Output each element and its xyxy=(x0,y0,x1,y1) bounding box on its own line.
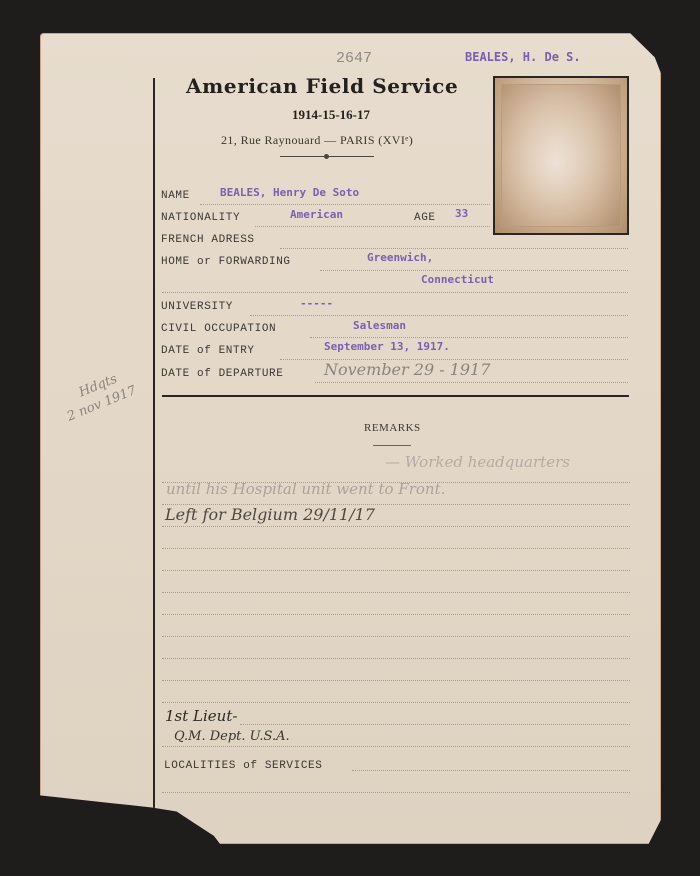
civil-occupation-label: CIVIL OCCUPATION xyxy=(161,323,276,335)
margin-pencil-note: Hdqts 2 nov 1917 xyxy=(58,366,139,427)
remarks-underline xyxy=(373,445,411,446)
serial-number: 2647 xyxy=(336,50,372,67)
ruled-line xyxy=(162,592,630,593)
remarks-heading: REMARKS xyxy=(364,422,421,434)
home-value-city: Greenwich, xyxy=(367,251,433,264)
ruled-line xyxy=(162,526,630,527)
ruled-line xyxy=(162,702,630,703)
university-value: ----- xyxy=(300,297,333,310)
form-address: 21, Rue Raynouard — PARIS (XVIᵉ) xyxy=(221,133,413,148)
photograph-frame xyxy=(493,76,629,235)
date-of-entry-value: September 13, 1917. xyxy=(324,340,450,353)
civil-occupation-value: Salesman xyxy=(353,319,406,332)
name-stamp: BEALES, H. De S. xyxy=(465,50,581,64)
form-line xyxy=(255,226,490,227)
ruled-line xyxy=(162,792,630,793)
rank-handwritten: 1st Lieut- xyxy=(165,707,237,725)
date-of-departure-label: DATE of DEPARTURE xyxy=(161,368,283,380)
form-title: American Field Service xyxy=(186,74,458,98)
name-label: NAME xyxy=(161,190,190,202)
form-line xyxy=(310,337,628,338)
french-address-label: FRENCH ADRESS xyxy=(161,234,255,246)
date-of-entry-label: DATE of ENTRY xyxy=(161,345,255,357)
nationality-value: American xyxy=(290,208,343,221)
home-label: HOME or FORWARDING xyxy=(161,256,291,268)
age-value: 33 xyxy=(455,207,468,220)
form-line xyxy=(162,292,628,293)
form-line xyxy=(200,204,490,205)
ruled-line xyxy=(162,746,630,747)
home-value-state: Connecticut xyxy=(421,273,494,286)
record-card: 2647 BEALES, H. De S. American Field Ser… xyxy=(40,33,661,844)
form-line xyxy=(280,248,628,249)
university-label: UNIVERSITY xyxy=(161,301,233,313)
ruled-line xyxy=(162,658,630,659)
ruled-line xyxy=(162,570,630,571)
nationality-label: NATIONALITY xyxy=(161,212,240,224)
form-line xyxy=(250,315,628,316)
vertical-rule xyxy=(153,78,155,815)
ruled-line xyxy=(162,614,630,615)
faded-photo-image xyxy=(501,84,621,227)
remarks-line-1: — Worked headquarters xyxy=(385,453,570,471)
age-label: AGE xyxy=(414,212,436,224)
ruled-line xyxy=(162,548,630,549)
localities-label: LOCALITIES of SERVICES xyxy=(164,760,322,772)
remarks-line-2: until his Hospital unit went to Front. xyxy=(166,480,445,498)
section-divider xyxy=(162,395,629,397)
remarks-line-3: Left for Belgium 29/11/17 xyxy=(165,505,375,524)
department-handwritten: Q.M. Dept. U.S.A. xyxy=(174,729,290,744)
form-line xyxy=(315,382,628,383)
form-line xyxy=(320,270,628,271)
ornament-divider xyxy=(280,156,374,157)
ruled-line xyxy=(162,680,630,681)
ruled-line xyxy=(240,724,630,725)
name-value: BEALES, Henry De Soto xyxy=(220,186,359,199)
date-of-departure-value: November 29 - 1917 xyxy=(324,360,490,379)
form-years: 1914-15-16-17 xyxy=(292,107,370,123)
ruled-line xyxy=(352,770,630,771)
ruled-line xyxy=(162,636,630,637)
